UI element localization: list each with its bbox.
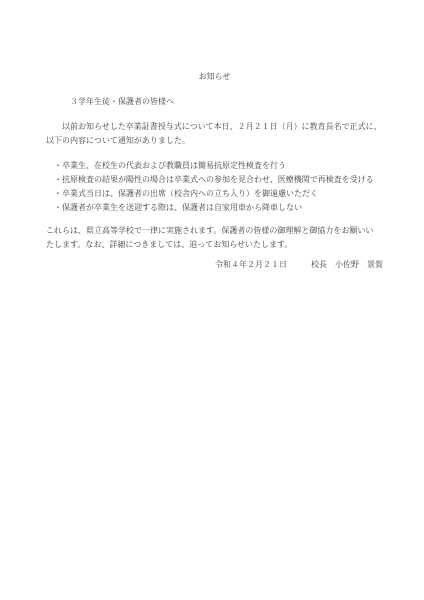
signature-line: 令和４年２月２１日 校長 小佐野 景賀 bbox=[46, 258, 383, 272]
closing-line-1: これらは、県立高等学校で一律に実施されます。保護者の皆様の御理解と御協力をお願い… bbox=[46, 224, 383, 238]
notice-page: お知らせ ３学年生徒・保護者の皆様へ 以前お知らせした卒業証書授与式について本日… bbox=[0, 0, 424, 600]
notice-title: お知らせ bbox=[46, 70, 383, 84]
closing-paragraph: これらは、県立高等学校で一律に実施されます。保護者の皆様の御理解と御協力をお願い… bbox=[46, 224, 383, 252]
salutation: ３学年生徒・保護者の皆様へ bbox=[46, 95, 383, 109]
bullet-item-stay-in-car: ・保護者が卒業生を送迎する際は、保護者は自家用車から降車しない bbox=[54, 201, 383, 215]
intro-line-1: 以前お知らせした卒業証書授与式について本日、２月２１日（月）に教育長名で正式に、 bbox=[46, 120, 383, 134]
intro-paragraph: 以前お知らせした卒業証書授与式について本日、２月２１日（月）に教育長名で正式に、… bbox=[46, 120, 383, 148]
bullet-item-antigen-test: ・卒業生、在校生の代表および教職員は簡易抗原定性検査を行う bbox=[54, 159, 383, 173]
bullet-list: ・卒業生、在校生の代表および教職員は簡易抗原定性検査を行う ・抗原検査の結果が陽… bbox=[46, 159, 383, 215]
notice-date: 令和４年２月２１日 bbox=[215, 258, 287, 272]
bullet-item-no-parent-attendance: ・卒業式当日は、保護者の出席（校舎内への立ち入り）を御遠慮いただく bbox=[54, 187, 383, 201]
bullet-item-positive-result: ・抗原検査の結果が陽性の場合は卒業式への参加を見合わせ、医療機関で再検査を受ける bbox=[54, 173, 383, 187]
principal-signature: 校長 小佐野 景賀 bbox=[311, 258, 383, 272]
intro-line-2: 以下の内容について通知がありました。 bbox=[46, 134, 383, 148]
closing-line-2: たします。なお、詳細につきましては、追ってお知らせいたします。 bbox=[46, 238, 383, 252]
